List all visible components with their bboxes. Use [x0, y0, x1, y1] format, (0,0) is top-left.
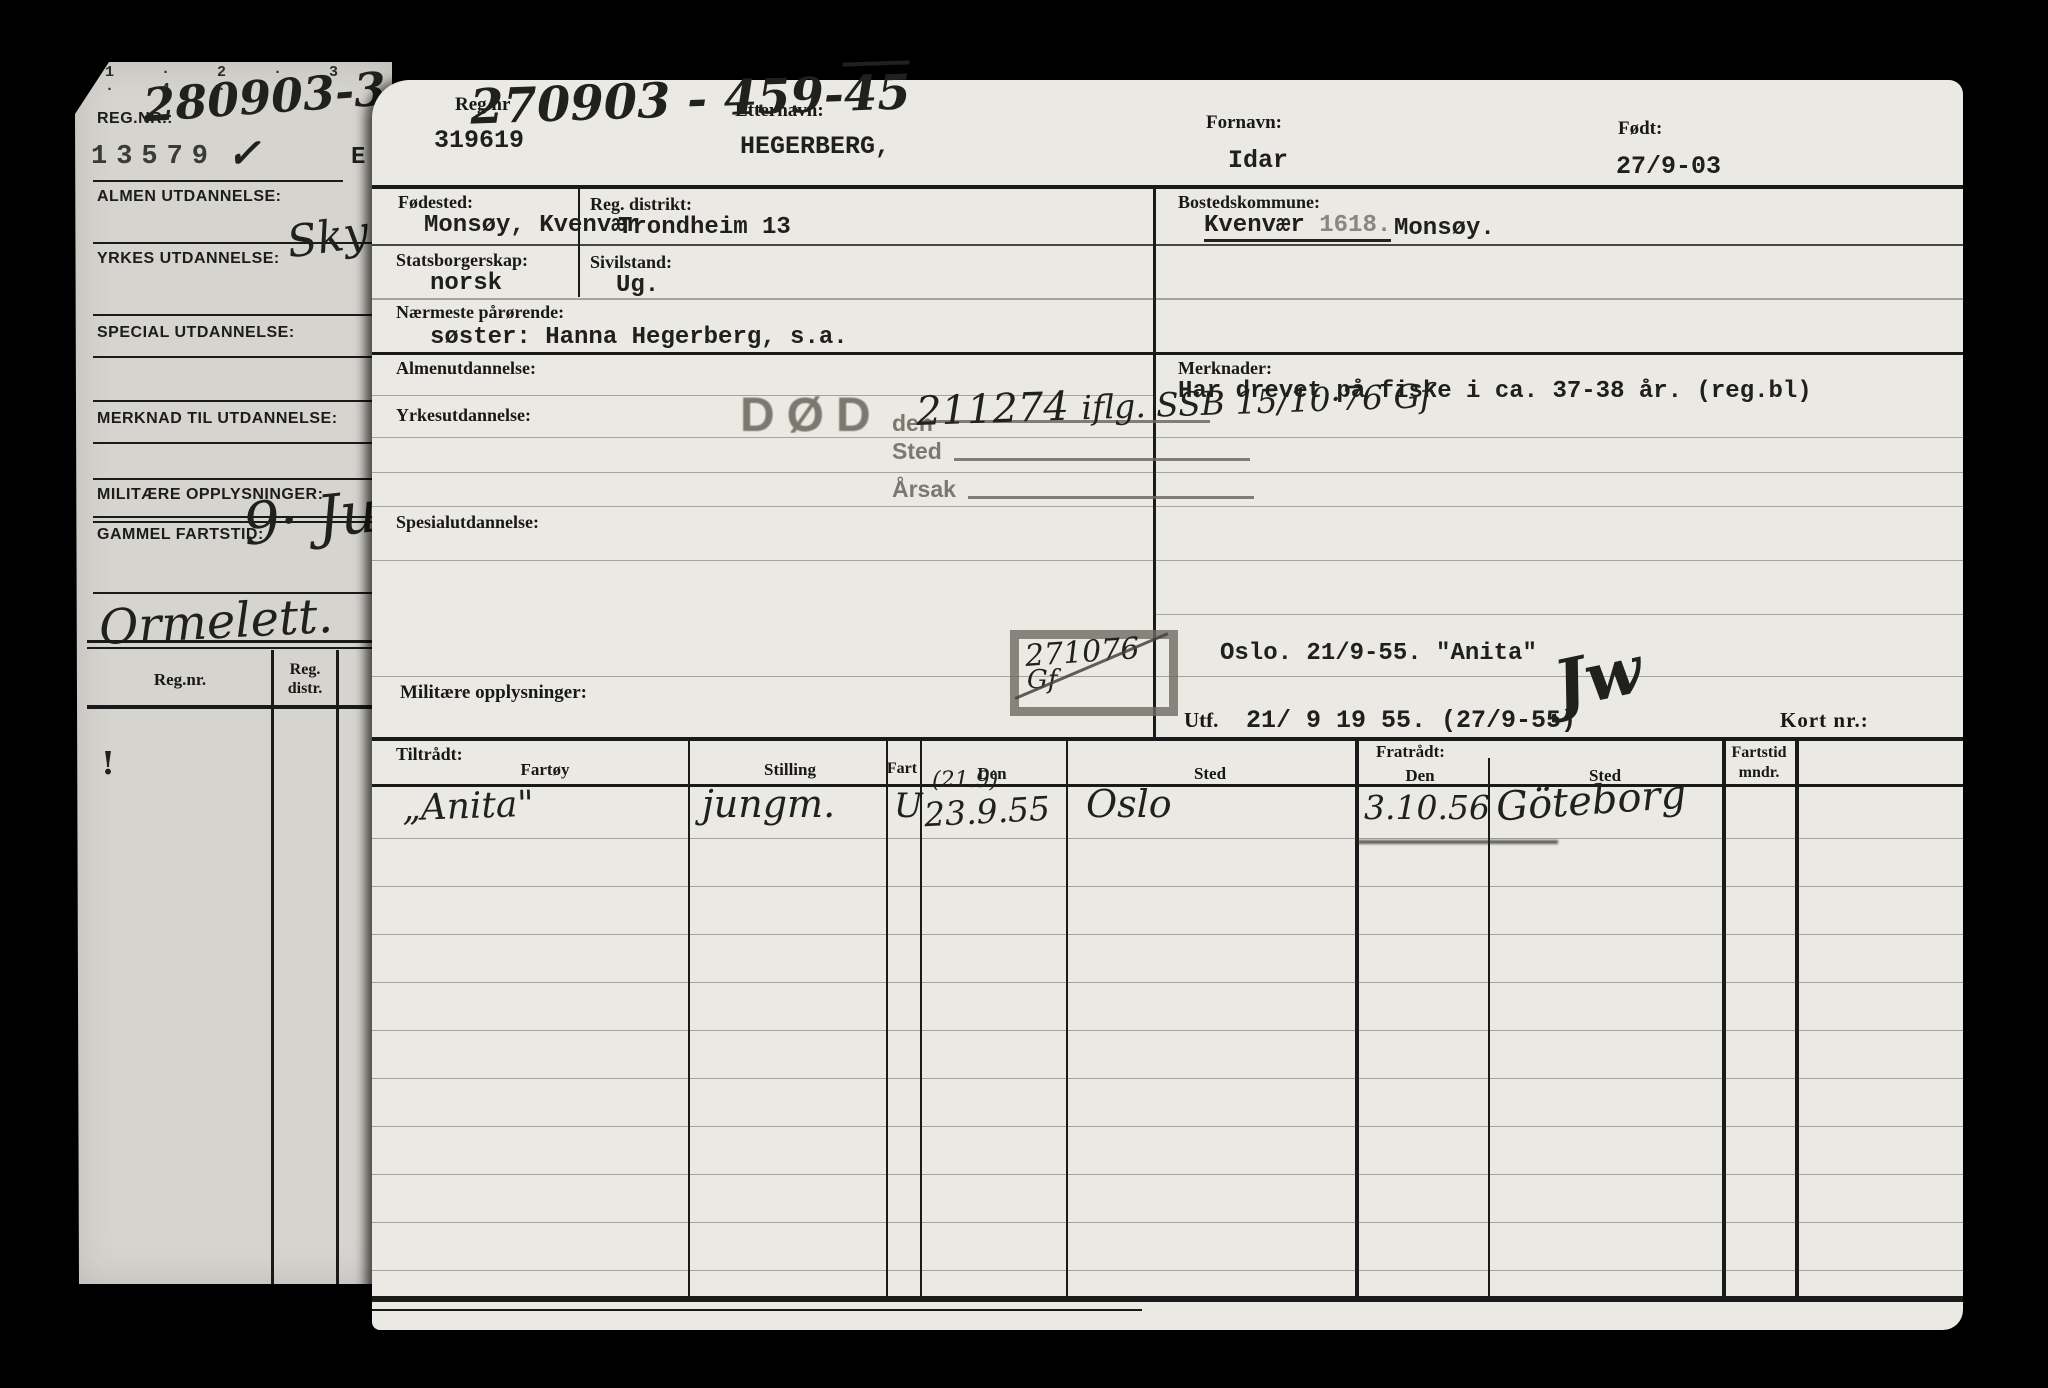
main-card: Reg.nr 270903 - 459-45 319619 Etternavn:…: [372, 80, 1963, 1330]
death-stamp-arsak: Årsak: [892, 476, 956, 503]
label-gammel-fartstid: GAMMEL FARTSTID:: [97, 526, 264, 544]
table-header-fartstid: Fartstid: [1724, 744, 1794, 762]
column-header-reg-nr: Reg.nr.: [115, 670, 245, 690]
date-stamp-box: 271076 Gf: [1010, 630, 1178, 716]
bosted-name: Kvenvær: [1204, 212, 1305, 239]
clerk-signature: Jw: [1547, 630, 1649, 725]
spesial-label: Spesialutdannelse:: [396, 512, 539, 533]
table-header-stilling: Stilling: [720, 760, 860, 780]
row-sted: Oslo: [1086, 782, 1172, 826]
serial-number: 13579: [91, 142, 217, 172]
bosted-extra: Monsøy.: [1394, 215, 1495, 242]
tiltradt-label: Tiltrådt:: [396, 744, 463, 765]
kort-nr-label: Kort nr.:: [1780, 708, 1869, 733]
utf-value: 21/ 9 19 55. (27/9-55): [1246, 706, 1576, 735]
signature-handwritten: Ormelett.: [98, 588, 334, 656]
label-merknad-utdannelse: MERKNAD TIL UTDANNELSE:: [97, 410, 338, 428]
fodested-value: Monsøy, Kvenvær: [424, 212, 640, 239]
yrkes-handwritten: Sky: [284, 207, 372, 269]
table-header-fratradt: Fratrådt:: [1376, 742, 1445, 762]
fartstid-handwritten: 9· Ju: [240, 477, 381, 559]
statsborgerskap-value: norsk: [430, 270, 502, 297]
table-header-sted: Sted: [1150, 764, 1270, 784]
row-den-note: (21.9): [932, 768, 998, 793]
etternavn-value: HEGERBERG,: [740, 132, 890, 161]
row-den: 23.9.55: [923, 789, 1051, 835]
parorende-value: søster: Hanna Hegerberg, s.a.: [430, 324, 848, 351]
fornavn-label: Fornavn:: [1206, 112, 1282, 134]
reg-nr-handwritten-part1: 270903 - 459-: [469, 67, 845, 136]
sivilstand-value: Ug.: [616, 272, 659, 299]
death-date: 211274: [915, 384, 1069, 435]
death-note: iflg. SSB 15/10·76 Gf: [1081, 376, 1433, 427]
fodt-label: Født:: [1618, 118, 1662, 140]
statsborgerskap-label: Statsborgerskap:: [396, 250, 528, 271]
row-fratradt-den: 3.10.56: [1364, 788, 1490, 827]
death-date-handwritten: 211274 iflg. SSB 15/10·76 Gf: [915, 371, 1432, 435]
reg-distrikt-label: Reg. distrikt:: [590, 194, 692, 215]
parorende-label: Nærmeste pårørende:: [396, 302, 564, 323]
militaere-label: Militære opplysninger:: [400, 682, 587, 704]
fodested-label: Fødested:: [398, 192, 473, 213]
table-header-fart: Fart: [872, 760, 932, 778]
row-fart: U: [894, 786, 923, 826]
table-header-mndr: mndr.: [1724, 764, 1794, 782]
column-header-reg-distr: Reg. distr.: [281, 660, 329, 698]
row-stilling: jungm.: [702, 782, 835, 826]
table-header-fratradt-den: Den: [1380, 766, 1460, 786]
bosted-code: 1618.: [1319, 212, 1391, 239]
card-behind: 1 · 2 · 3 · 4 · REG.NR.: 280903-3 13579 …: [75, 62, 392, 1284]
almen-label: Almenutdannelse:: [396, 358, 536, 379]
scanned-register-card-page: 1 · 2 · 3 · 4 · REG.NR.: 280903-3 13579 …: [0, 0, 2048, 1388]
death-stamp-dod: DØD: [740, 388, 883, 443]
oslo-note: Oslo. 21/9-55. "Anita": [1220, 640, 1537, 667]
fornavn-value: Idar: [1228, 146, 1288, 175]
merknader-label: Merknader:: [1178, 358, 1272, 379]
sivilstand-label: Sivilstand:: [590, 252, 672, 273]
reg-nr-handwritten-part2: 45: [843, 64, 912, 122]
check-mark: ✓: [227, 130, 261, 177]
bosted-label: Bostedskommune:: [1178, 192, 1320, 213]
table-header-fartoy: Fartøy: [475, 760, 615, 780]
utf-label: Utf.: [1184, 708, 1218, 733]
death-stamp-sted: Sted: [892, 438, 942, 465]
fodt-value: 27/9-03: [1616, 152, 1721, 181]
row-fratradt-sted: Göteborg: [1495, 771, 1688, 830]
edge-letter: E: [351, 144, 365, 171]
label-special-utdannelse: SPECIAL UTDANNELSE:: [97, 324, 295, 342]
margin-mark: !: [101, 744, 115, 782]
reg-nr-handwritten: 270903 - 459-45: [469, 64, 911, 135]
label-almen-utdannelse: ALMEN UTDANNELSE:: [97, 188, 282, 206]
reg-distrikt-value: Trondheim 13: [618, 214, 791, 241]
yrkes-label: Yrkesutdannelse:: [396, 405, 531, 426]
row-fartoy: „Anita": [401, 784, 534, 830]
bosted-value: Kvenvær 1618.: [1204, 212, 1391, 242]
label-yrkes-utdannelse: YRKES UTDANNELSE:: [97, 250, 280, 268]
smudged-underline: [1358, 840, 1558, 844]
